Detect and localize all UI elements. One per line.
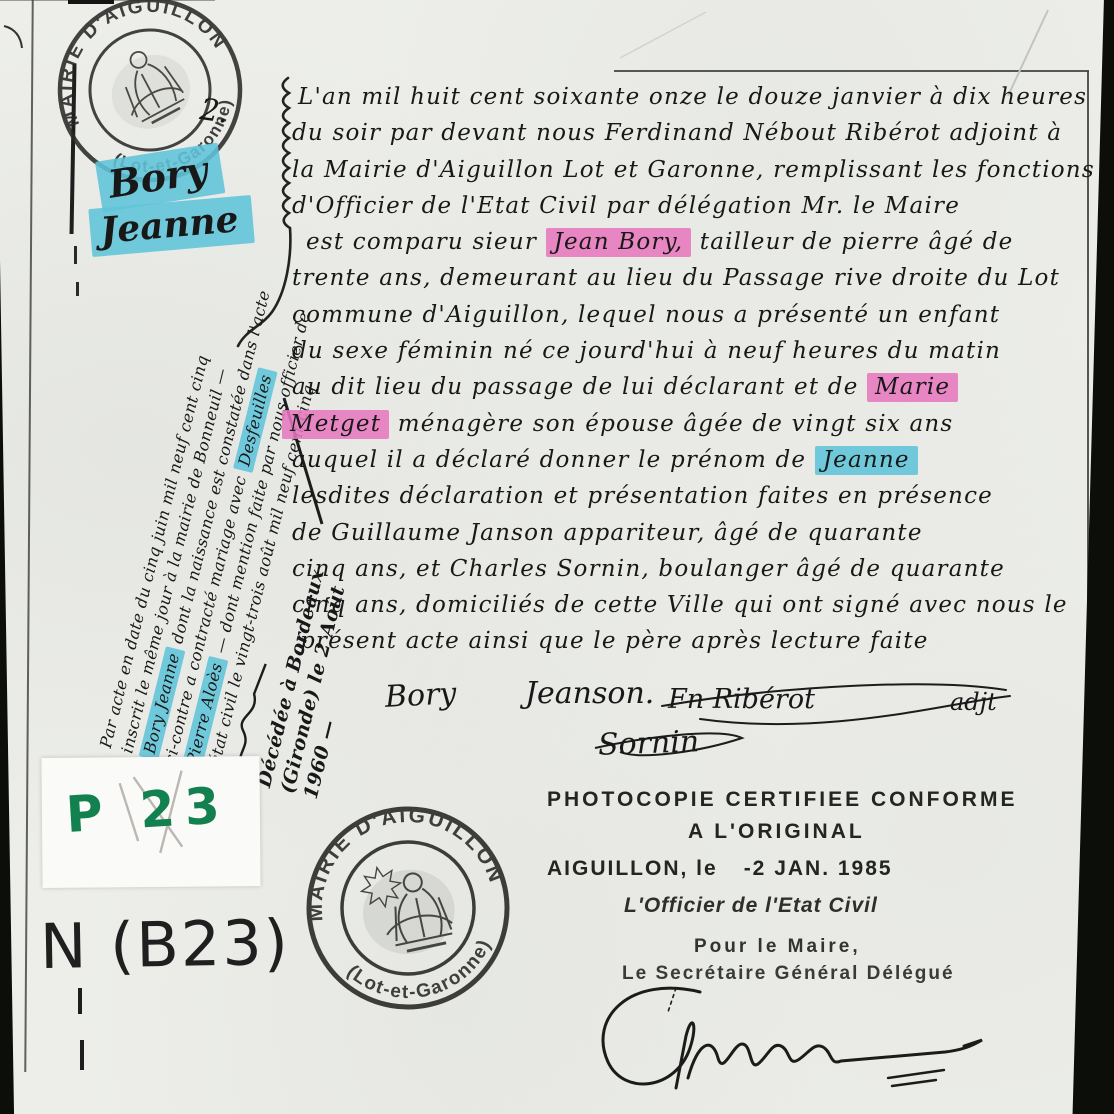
act-line: Metget ménagère son épouse âgée de vingt… — [282, 406, 1097, 442]
act-text: ménagère son épouse âgée de vingt six an… — [389, 411, 953, 437]
margin-dash — [74, 246, 77, 264]
left-ruled-line — [24, 0, 33, 1072]
act-text: au dit lieu du passage de lui déclarant … — [292, 374, 867, 400]
margin-dash — [80, 1040, 84, 1070]
act-line: du soir par devant nous Ferdinand Nébout… — [292, 115, 1097, 151]
act-text: est comparu sieur — [306, 229, 546, 255]
act-line: lesdites déclaration et présentation fai… — [292, 478, 1097, 514]
mairie-stamp-bottom: MAIRIE D'AIGUILLON (Lot-et-Garonne) — [280, 780, 536, 1036]
act-line: cinq ans, et Charles Sornin, boulanger â… — [292, 551, 1097, 587]
act-line: présent acte ainsi que le père après lec… — [292, 623, 1097, 659]
archive-label: P 23 — [41, 756, 260, 888]
signature-riberot-title: adjt — [950, 688, 997, 716]
signature-bory: Bory — [384, 676, 457, 715]
act-line: commune d'Aiguillon, lequel nous a prése… — [292, 297, 1097, 333]
pink-highlight-mother-firstname: Marie — [867, 373, 958, 402]
certification-secretaire: Le Secrétaire Général Délégué — [622, 963, 955, 985]
act-line: auquel il a déclaré donner le prénom de … — [292, 442, 1097, 478]
certification-place-date: AIGUILLON, le-2 JAN. 1985 — [547, 857, 893, 881]
act-line: L'an mil huit cent soixante onze le douz… — [292, 79, 1097, 115]
certification-date: -2 JAN. 1985 — [744, 857, 893, 880]
certification-officer: L'Officier de l'Etat Civil — [624, 894, 878, 918]
pink-highlight-father-name: Jean Bory, — [546, 228, 692, 257]
margin-dash — [76, 282, 79, 296]
certification-title: PHOTOCOPIE CERTIFIEE CONFORME — [547, 788, 1017, 812]
act-line: du sexe féminin né ce jourd'hui à neuf h… — [292, 333, 1097, 369]
signature-riberot: Fn Ribérot — [668, 684, 815, 715]
signature-sornin: Sornin — [597, 724, 699, 763]
act-line: d'Officier de l'Etat Civil par délégatio… — [292, 188, 1097, 224]
scanned-birth-certificate: MAIRIE D'AIGUILLON (Lot-et-Garonne) 2. B… — [0, 0, 1114, 1114]
archive-code-ink: N (B23) — [39, 906, 290, 983]
archive-number-green: P 23 — [64, 776, 231, 844]
scan-edge-left — [0, 260, 18, 1114]
act-line: cinq ans, domiciliés de cette Ville qui … — [292, 587, 1097, 623]
act-line: trente ans, demeurant au lieu du Passage… — [292, 260, 1097, 296]
page-number: 2. — [198, 92, 231, 131]
act-line: est comparu sieur Jean Bory, tailleur de… — [292, 224, 1097, 260]
top-ruled-line — [614, 70, 1089, 72]
margin-dash — [78, 988, 82, 1014]
act-text: tailleur de pierre âgé de — [691, 229, 1013, 255]
pink-highlight-mother-surname: Metget — [282, 410, 389, 439]
certification-place: AIGUILLON, le — [547, 857, 718, 880]
act-line: au dit lieu du passage de lui déclarant … — [292, 369, 1097, 405]
act-line: de Guillaume Janson appariteur, âgé de q… — [292, 515, 1097, 551]
act-line: la Mairie d'Aiguillon Lot et Garonne, re… — [292, 152, 1097, 188]
certification-pour-le-maire: Pour le Maire, — [694, 936, 861, 958]
cyan-highlight-child-firstname: Jeanne — [815, 446, 918, 475]
certification-subtitle: A L'ORIGINAL — [688, 820, 865, 844]
scan-edge-top-mark — [68, 0, 114, 4]
act-body-text: L'an mil huit cent soixante onze le douz… — [292, 79, 1097, 660]
signature-jeanson: Jeanson. — [525, 676, 654, 711]
act-text: auquel il a déclaré donner le prénom de — [292, 447, 815, 473]
